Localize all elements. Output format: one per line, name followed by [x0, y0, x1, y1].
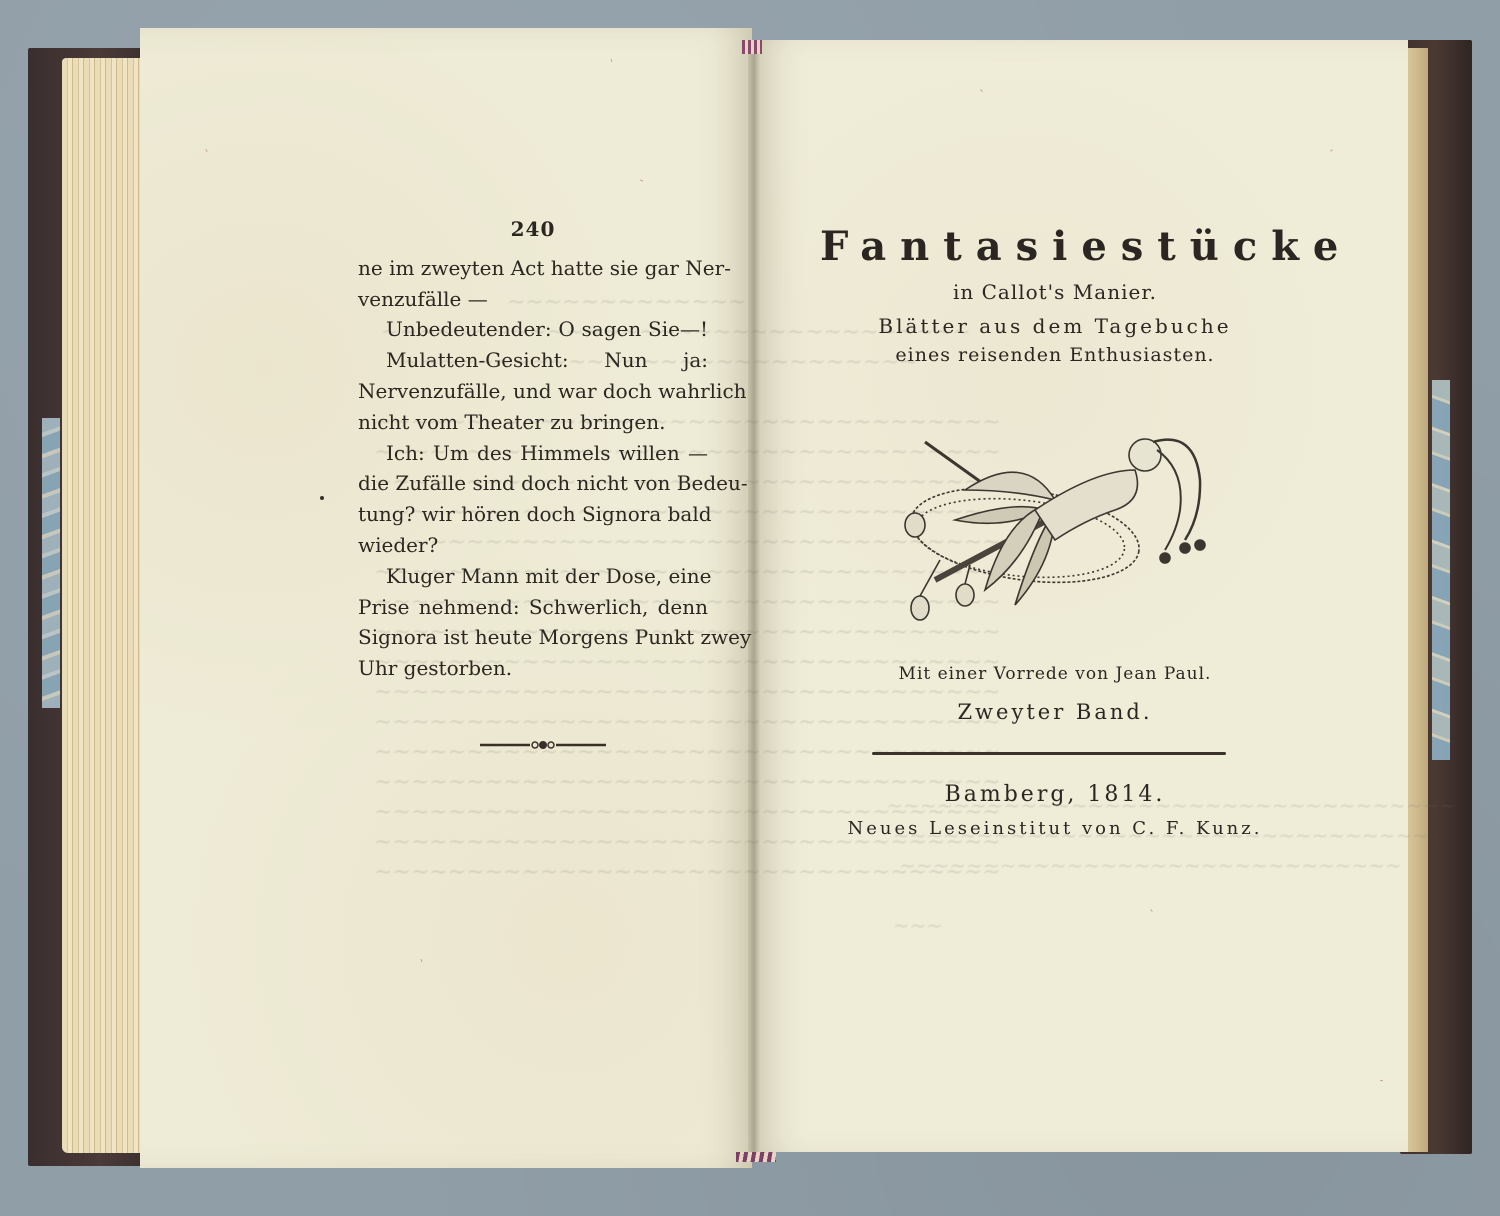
page-number: 240 [358, 214, 708, 245]
headband [742, 40, 762, 54]
dialogue-line: Kluger Mann mit der Dose, eine [358, 561, 708, 592]
tailband [736, 1152, 776, 1162]
jester-vignette-icon [895, 430, 1215, 630]
text-line: Uhr gestorben. [358, 653, 708, 684]
dialogue-line: Unbedeutender: O sagen Sie—! [358, 314, 708, 345]
title-page-rule [872, 752, 1226, 755]
left-marbled-endpaper [42, 418, 60, 708]
subtitle-line: eines reisenden Enthusiasten. [820, 344, 1290, 366]
text-line: Signora ist heute Morgens Punkt zwey [358, 622, 708, 653]
right-page-edges [1406, 48, 1428, 1152]
dialogue-line: Ich: Um des Himmels willen — [358, 438, 708, 469]
title-block: Fantasiestücke in Callot's Manier. Blätt… [820, 222, 1290, 366]
subtitle-line: Blätter aus dem Tagebuche [820, 314, 1290, 338]
ornament-rule-icon [478, 740, 608, 750]
paper-fleck [320, 496, 324, 500]
book-gutter [748, 40, 760, 1160]
text-line: Nervenzufälle, und war doch wahrlich [358, 376, 708, 407]
book-title: Fantasiestücke [820, 222, 1290, 272]
text-line: nicht vom Theater zu bringen. [358, 407, 708, 438]
text-line: tung? wir hören doch Signora bald [358, 499, 708, 530]
text-line: venzufälle — [358, 284, 708, 315]
text-line: die Zufälle sind doch nicht von Bedeu- [358, 468, 708, 499]
text-line: Prise nehmend: Schwerlich, denn [358, 592, 708, 623]
text-line: ne im zweyten Act hatte sie gar Ner- [358, 253, 708, 284]
subtitle-line: in Callot's Manier. [820, 280, 1290, 304]
left-page-text-block: 240 ne im zweyten Act hatte sie gar Ner-… [358, 214, 708, 684]
volume-label: Zweyter Band. [820, 700, 1290, 724]
dialogue-line: Mulatten-Gesicht: Nun ja: [358, 345, 708, 376]
right-marbled-endpaper [1432, 380, 1450, 760]
text-line: wieder? [358, 530, 708, 561]
preface-credit: Mit einer Vorrede von Jean Paul. [820, 664, 1290, 684]
imprint-place-year: Bamberg, 1814. [820, 782, 1290, 807]
imprint-publisher: Neues Leseinstitut von C. F. Kunz. [820, 818, 1290, 839]
